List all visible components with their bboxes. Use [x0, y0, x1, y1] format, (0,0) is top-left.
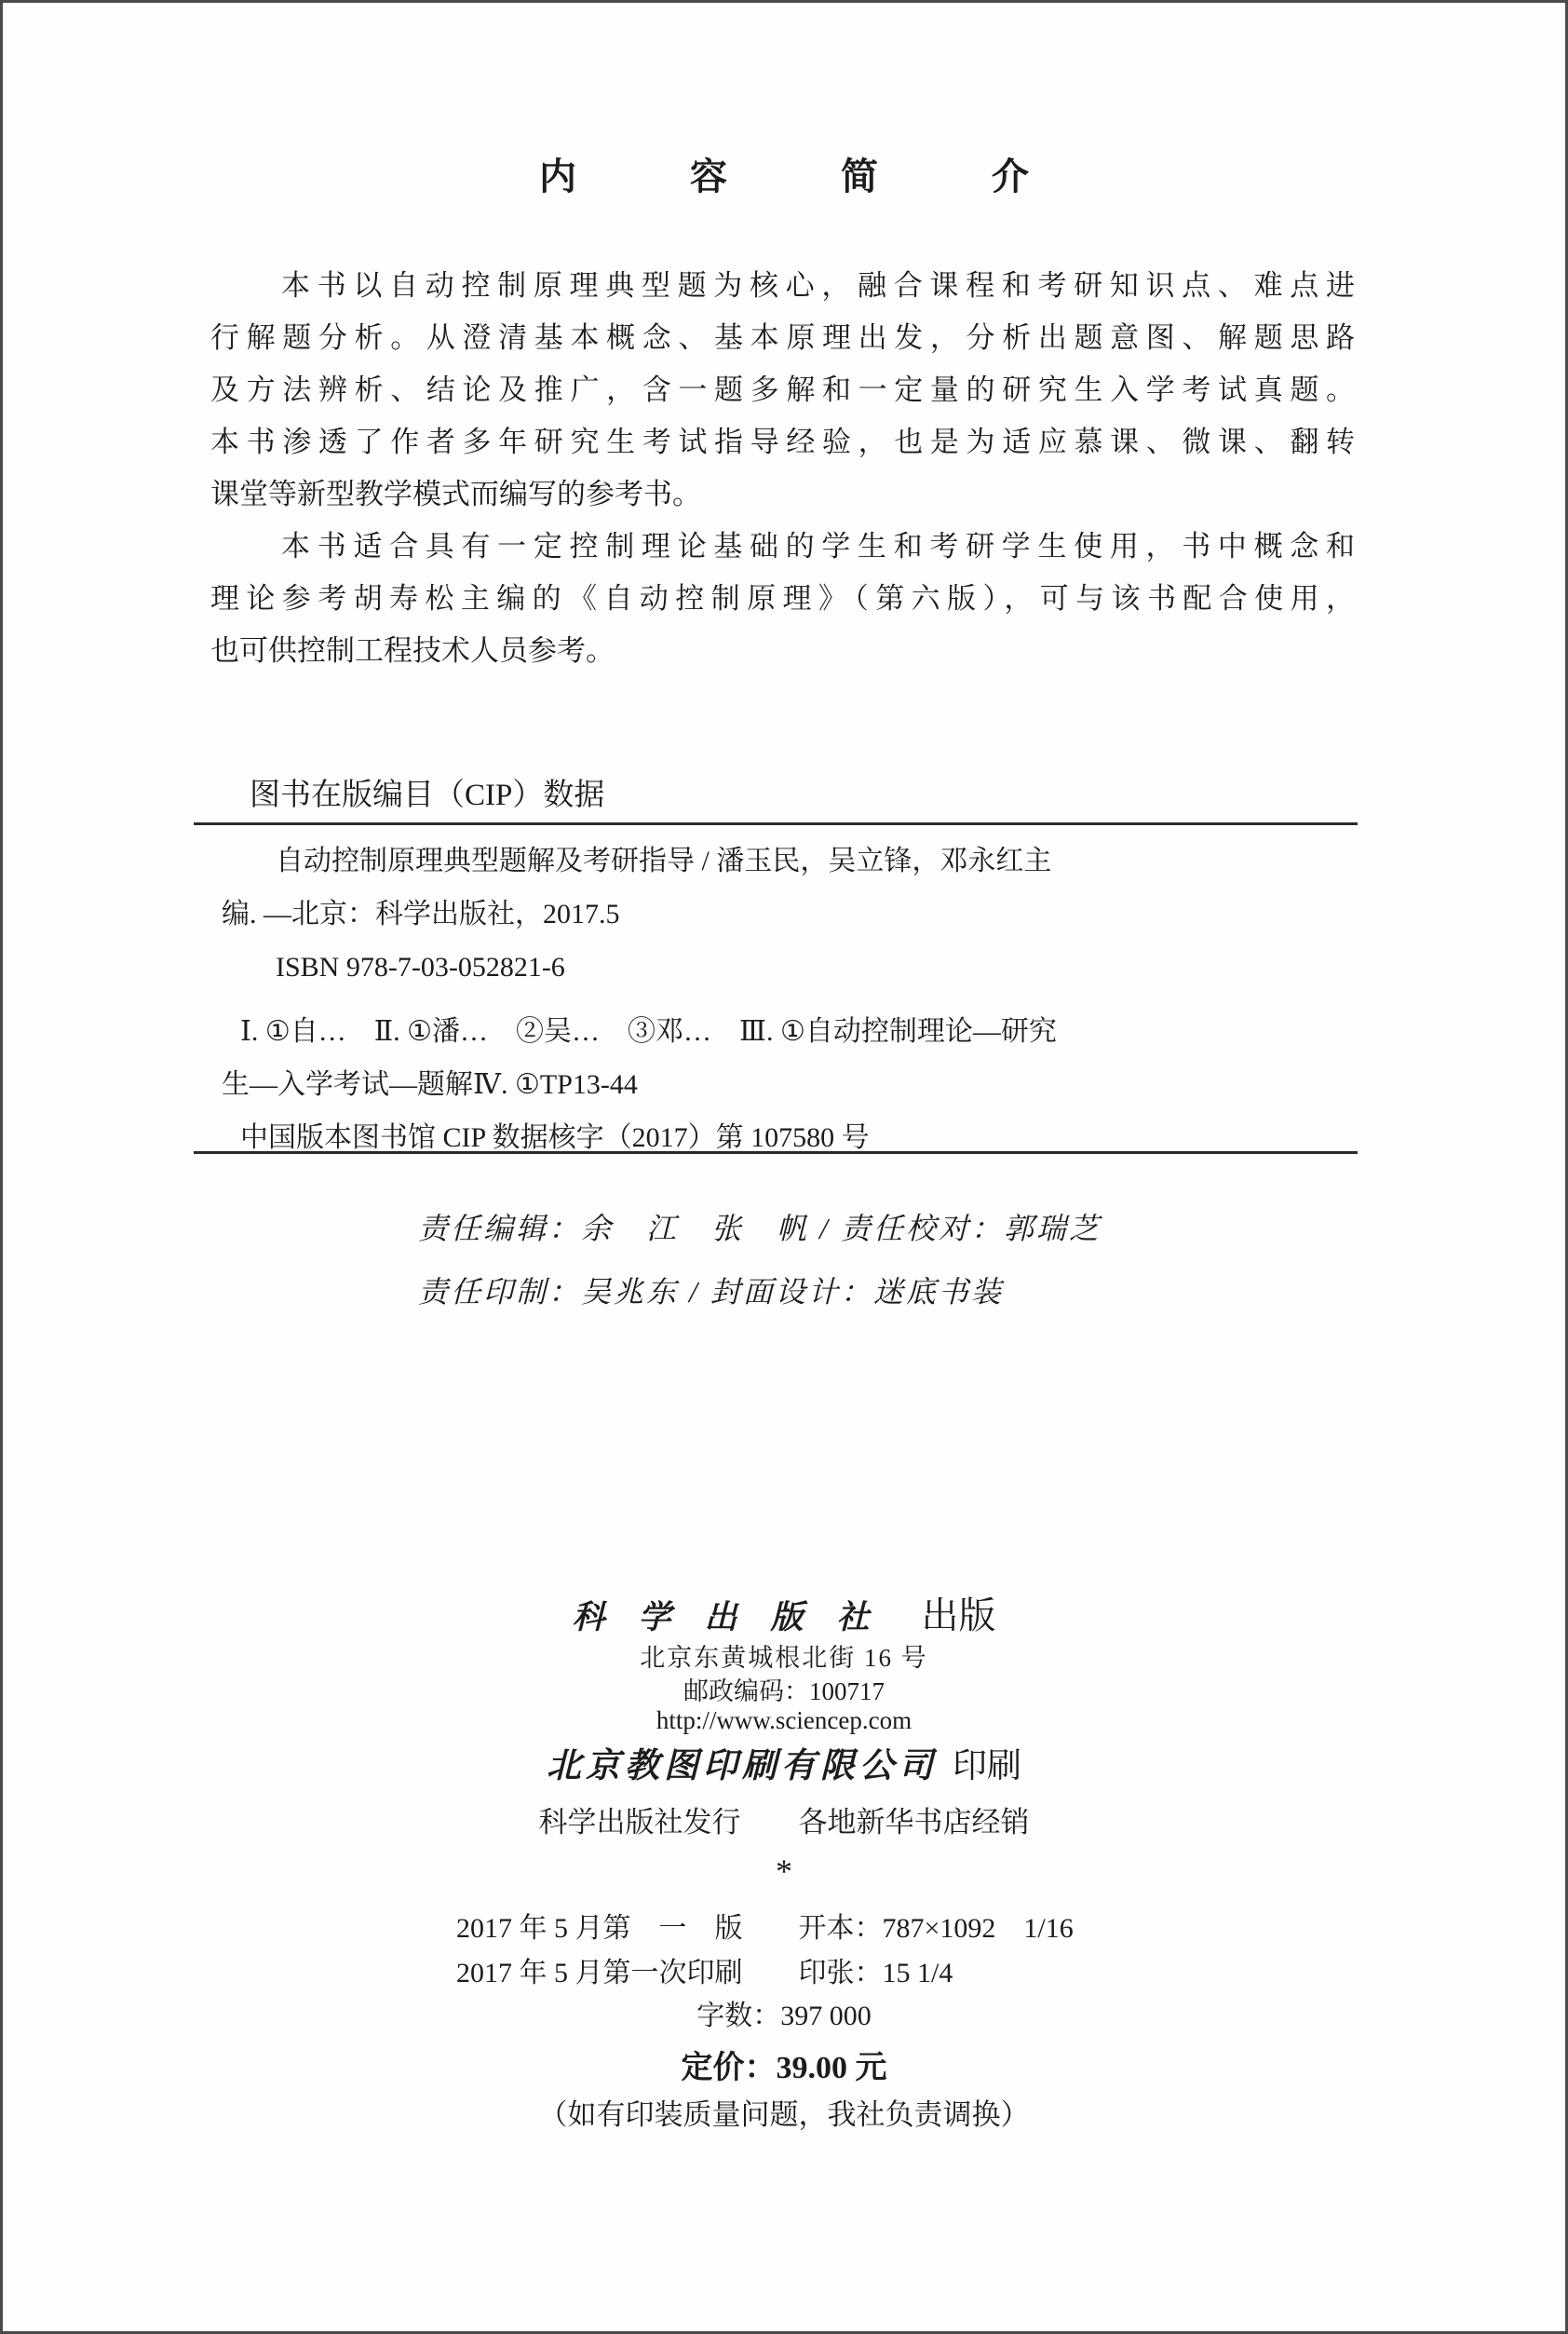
edition-line-1: 2017 年 5 月第 一 版 开本：787×1092 1/16: [456, 1905, 1074, 1946]
intro-line: 本书适合具有一定控制理论基础的学生和考研学生使用，书中概念和: [210, 521, 1355, 573]
website-line: http://www.sciencep.com: [3, 1706, 1565, 1735]
edition-line-2: 2017 年 5 月第一次印刷 印张：15 1/4: [456, 1949, 953, 1990]
intro-line: 本书以自动控制原理典型题为核心，融合课程和考研知识点、难点进: [210, 260, 1355, 312]
cip-line: 自动控制原理典型题解及考研指导 / 潘玉民，吴立锋，邓永红主: [194, 835, 1358, 888]
intro-section: 本书以自动控制原理典型题为核心，融合课程和考研知识点、难点进 行解题分析。从澄清…: [210, 260, 1355, 677]
credits-line-printing: 责任印制：吴兆东 / 封面设计：迷底书装: [418, 1260, 1102, 1323]
cip-header: 图书在版编目（CIP）数据: [250, 770, 604, 814]
cip-rule-bottom: [194, 1151, 1358, 1154]
credits-line-editors: 责任编辑：余 江 张 帆 / 责任校对：郭瑞芝: [418, 1197, 1102, 1260]
cip-rule-top: [194, 822, 1358, 825]
intro-line: 也可供控制工程技术人员参考。: [210, 625, 1355, 677]
credits-section: 责任编辑：余 江 张 帆 / 责任校对：郭瑞芝 责任印制：吴兆东 / 封面设计：…: [418, 1197, 1102, 1323]
address-line: 北京东黄城根北街 16 号: [3, 1637, 1565, 1674]
postcode-line: 邮政编码：100717: [3, 1671, 1565, 1707]
intro-line: 行解题分析。从澄清基本概念、基本原理出发，分析出题意图、解题思路: [210, 312, 1355, 364]
printer-line: 北京教图印刷有限公司印刷: [3, 1737, 1565, 1787]
printer-logo-script: 北京教图印刷有限公司: [547, 1747, 938, 1785]
page-title: 内容简介: [3, 147, 1565, 200]
publisher-label: 出版: [922, 1594, 996, 1636]
asterisk-separator: *: [3, 1852, 1565, 1891]
cip-line: Ⅰ. ①自… Ⅱ. ①潘… ②吴… ③邓… Ⅲ. ①自动控制理论—研究: [194, 1005, 1358, 1058]
price-line: 定价：39.00 元: [3, 2042, 1565, 2087]
cip-line: 生—入学考试—题解Ⅳ. ①TP13-44: [194, 1058, 1358, 1111]
quality-notice-line: （如有印装质量问题，我社负责调换）: [3, 2091, 1565, 2133]
intro-line: 及方法辨析、结论及推广，含一题多解和一定量的研究生入学考试真题。: [210, 364, 1355, 416]
publisher-line: 科学出版社出版: [3, 1586, 1565, 1639]
intro-line: 理论参考胡寿松主编的《自动控制原理》（第六版），可与该书配合使用，: [210, 573, 1355, 625]
book-copyright-page: 内容简介 本书以自动控制原理典型题为核心，融合课程和考研知识点、难点进 行解题分…: [0, 0, 1568, 2334]
publisher-logo-script: 科学出版社: [572, 1599, 902, 1635]
cip-line-isbn: ISBN 978-7-03-052821-6: [194, 941, 1358, 994]
cip-section: 自动控制原理典型题解及考研指导 / 潘玉民，吴立锋，邓永红主 编. —北京：科学…: [194, 835, 1358, 1164]
word-count-line: 字数：397 000: [3, 1992, 1565, 2033]
cip-line: 编. —北京：科学出版社，2017.5: [194, 888, 1358, 941]
intro-line: 课堂等新型教学模式而编写的参考书。: [210, 468, 1355, 521]
printer-label: 印刷: [953, 1747, 1021, 1785]
cip-line: 中国版本图书馆 CIP 数据核字（2017）第 107580 号: [194, 1111, 1358, 1164]
intro-line: 本书渗透了作者多年研究生考试指导经验，也是为适应慕课、微课、翻转: [210, 416, 1355, 468]
distribution-line: 科学出版社发行 各地新华书店经销: [3, 1798, 1565, 1840]
